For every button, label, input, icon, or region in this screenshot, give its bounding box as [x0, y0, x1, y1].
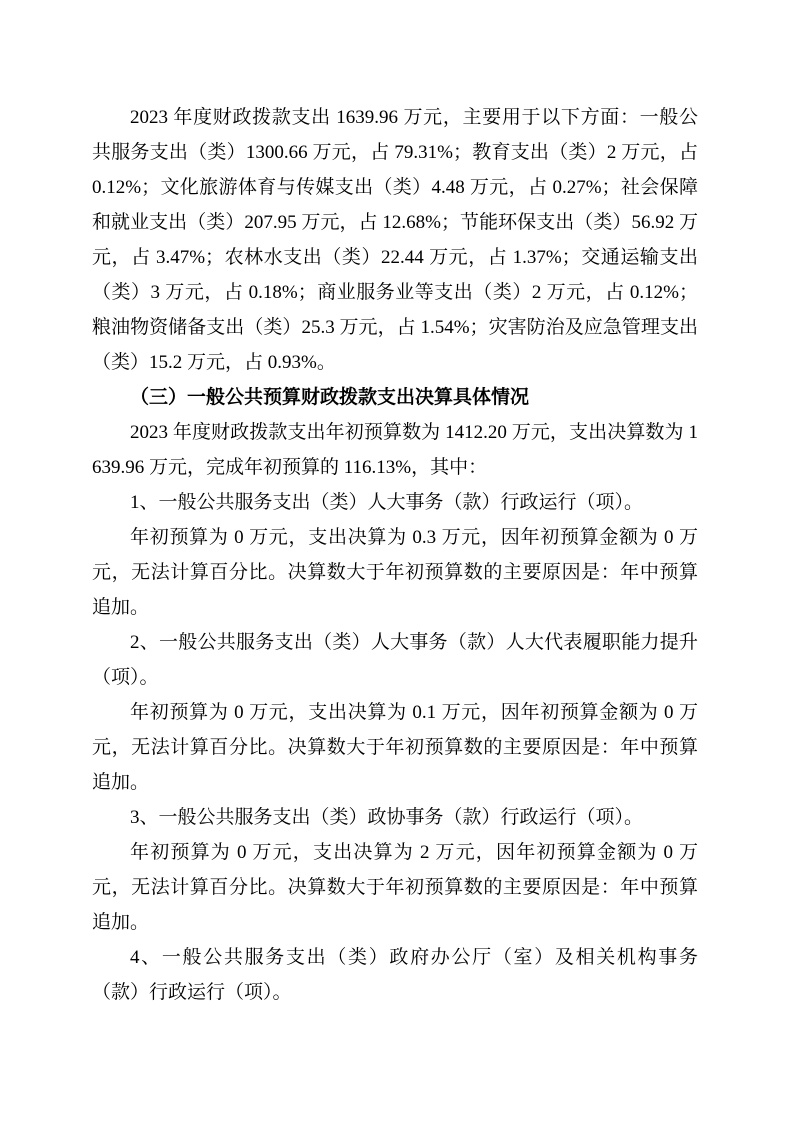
- item-1-detail-paragraph: 年初预算为 0 万元，支出决算为 0.3 万元，因年初预算金额为 0 万元，无法…: [92, 520, 698, 625]
- item-2-title-paragraph: 2、一般公共服务支出（类）人大事务（款）人大代表履职能力提升（项）。: [92, 625, 698, 695]
- item-3-detail-paragraph: 年初预算为 0 万元，支出决算为 2 万元，因年初预算金额为 0 万元，无法计算…: [92, 835, 698, 940]
- fiscal-expenditure-overview-paragraph: 2023 年度财政拨款支出 1639.96 万元，主要用于以下方面：一般公共服务…: [92, 100, 698, 380]
- item-3-title-paragraph: 3、一般公共服务支出（类）政协事务（款）行政运行（项）。: [92, 800, 698, 835]
- budget-vs-final-summary-paragraph: 2023 年度财政拨款支出年初预算数为 1412.20 万元，支出决算数为 16…: [92, 415, 698, 485]
- item-2-detail-paragraph: 年初预算为 0 万元，支出决算为 0.1 万元，因年初预算金额为 0 万元，无法…: [92, 695, 698, 800]
- section-heading-3: （三）一般公共预算财政拨款支出决算具体情况: [92, 380, 698, 415]
- page-content: 2023 年度财政拨款支出 1639.96 万元，主要用于以下方面：一般公共服务…: [92, 100, 698, 1010]
- item-4-title-paragraph: 4、一般公共服务支出（类）政府办公厅（室）及相关机构事务（款）行政运行（项）。: [92, 940, 698, 1010]
- item-1-title-paragraph: 1、一般公共服务支出（类）人大事务（款）行政运行（项）。: [92, 485, 698, 520]
- document-page: 2023 年度财政拨款支出 1639.96 万元，主要用于以下方面：一般公共服务…: [0, 0, 793, 1122]
